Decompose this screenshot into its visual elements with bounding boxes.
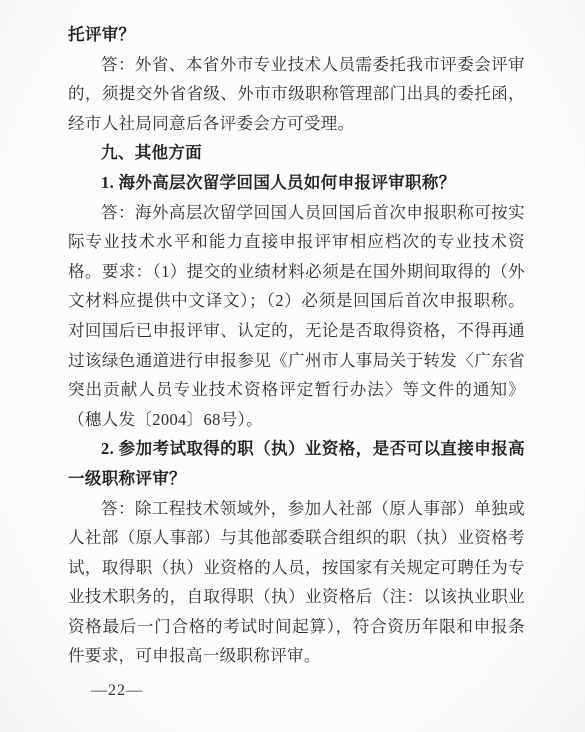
document-body: 托评审？ 答：外省、本省外市专业技术人员需委托我市评委会评审的，须提交外省省级、… bbox=[68, 20, 525, 671]
question-1-heading: 1. 海外高层次留学回国人员如何申报评审职称？ bbox=[68, 168, 525, 198]
section-heading-other-matters: 九、其他方面 bbox=[68, 138, 525, 168]
answer-paragraph-delegated-review: 答：外省、本省外市专业技术人员需委托我市评委会评审的，须提交外省省级、外市市级职… bbox=[68, 50, 525, 139]
page-number: —22— bbox=[91, 682, 143, 700]
heading-continuation: 托评审？ bbox=[68, 20, 525, 50]
document-page: 托评审？ 答：外省、本省外市专业技术人员需委托我市评委会评审的，须提交外省省级、… bbox=[0, 0, 585, 732]
question-2-heading: 2. 参加考试取得的职（执）业资格，是否可以直接申报高一级职称评审？ bbox=[68, 434, 525, 493]
answer-paragraph-exam-qualification: 答：除工程技术领域外，参加人社部（原人事部）单独或人社部（原人事部）与其他部委联… bbox=[68, 494, 525, 672]
answer-paragraph-overseas-returnees: 答：海外高层次留学回国人员回国后首次申报职称可按实际专业技术水平和能力直接申报评… bbox=[68, 198, 525, 435]
